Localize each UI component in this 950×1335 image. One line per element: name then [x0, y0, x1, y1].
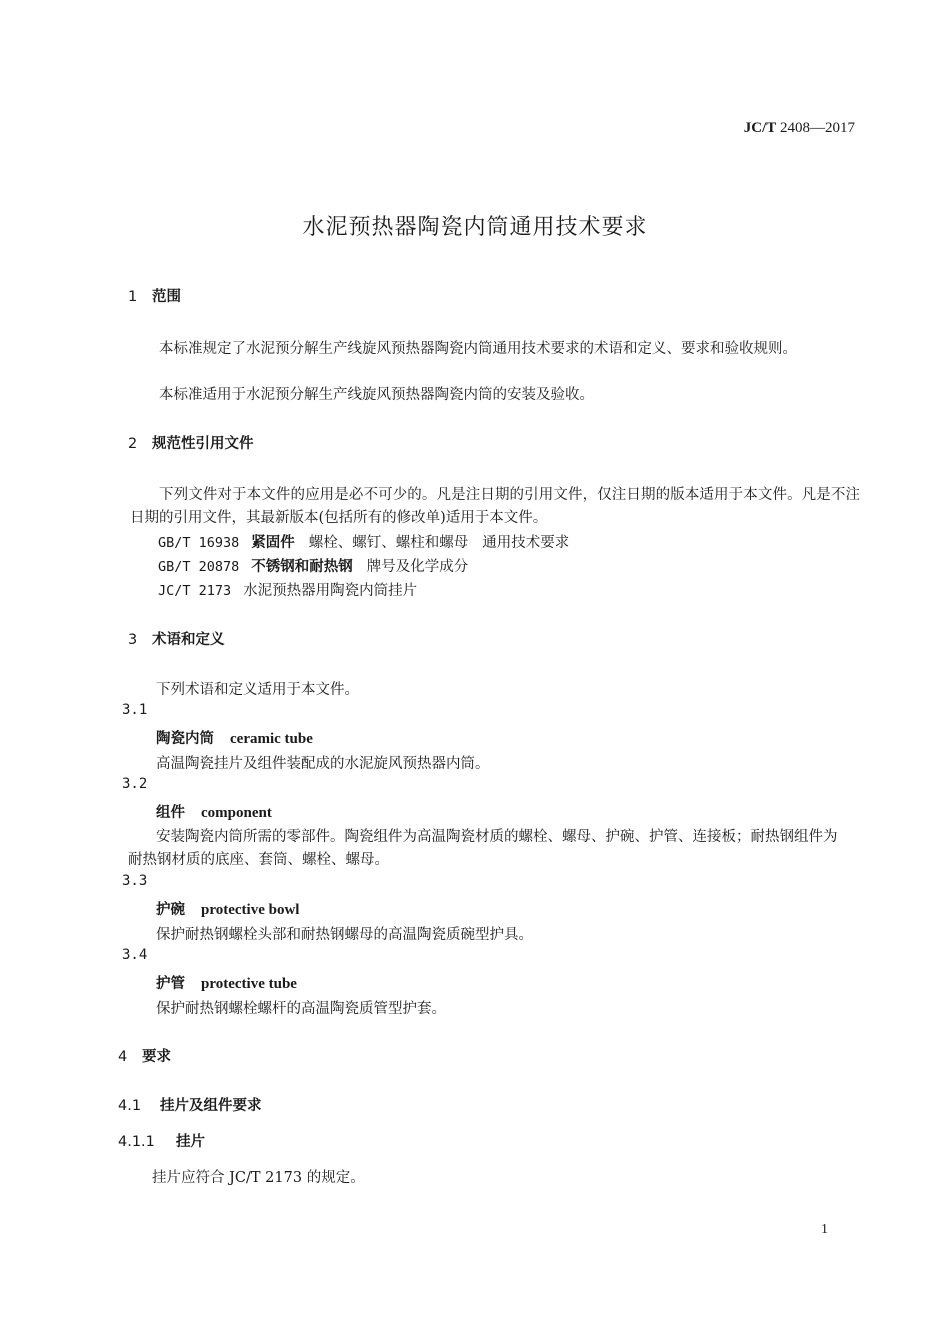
document-title: 水泥预热器陶瓷内筒通用技术要求 [0, 210, 950, 241]
reference-item: GB/T 20878不锈钢和耐热钢牌号及化学成分 [158, 555, 482, 576]
term-en: protective tube [201, 976, 297, 992]
references-intro: 下列文件对于本文件的应用是必不可少的。凡是注日期的引用文件，仅注日期的版本适用于… [130, 484, 860, 530]
section-title: 术语和定义 [152, 632, 225, 648]
term-entry: 组件component [156, 801, 272, 822]
clause-number: 3.2 [122, 776, 147, 792]
clause-number: 3.4 [122, 947, 147, 963]
reference-title: 不锈钢和耐热钢 [251, 558, 353, 575]
page-number: 1 [821, 1222, 828, 1238]
requirement-text: 挂片应符合 JC/T 2173 的规定。 [152, 1166, 365, 1187]
term-definition: 安装陶瓷内筒所需的零部件。陶瓷组件为高温陶瓷材质的螺栓、螺母、护碗、护管、连接板… [128, 826, 848, 872]
term-en: ceramic tube [230, 731, 313, 747]
reference-title: 螺栓、螺钉、螺柱和螺母 [309, 535, 469, 551]
section-number: 4.1.1 [118, 1134, 176, 1150]
section-number: 1 [128, 289, 152, 305]
section-number: 4 [118, 1049, 142, 1065]
term-zh: 护管 [156, 975, 185, 992]
reference-code: GB/T 20878 [158, 559, 239, 575]
term-zh: 护碗 [156, 901, 185, 918]
reference-item: GB/T 16938紧固件螺栓、螺钉、螺柱和螺母通用技术要求 [158, 531, 569, 552]
reference-title: 紧固件 [251, 534, 295, 551]
section-4-heading: 4要求 [118, 1045, 171, 1066]
term-definition: 保护耐热钢螺栓螺杆的高温陶瓷质管型护套。 [156, 997, 446, 1018]
section-number: 4.1 [118, 1098, 160, 1114]
term-en: protective bowl [201, 902, 299, 918]
term-definition: 保护耐热钢螺栓头部和耐热钢螺母的高温陶瓷质碗型护具。 [156, 923, 533, 944]
subsection-4-1-heading: 4.1挂片及组件要求 [118, 1094, 262, 1115]
term-zh: 陶瓷内筒 [156, 730, 214, 747]
section-3-heading: 3术语和定义 [128, 628, 225, 649]
standard-number: 2408—2017 [780, 120, 855, 136]
reference-title: 通用技术要求 [482, 535, 569, 551]
reference-title: 牌号及化学成分 [367, 559, 469, 575]
section-title: 挂片 [176, 1134, 205, 1150]
section-1-heading: 1范围 [128, 285, 181, 306]
section-number: 3 [128, 632, 152, 648]
clause-number: 3.1 [122, 702, 147, 718]
scope-paragraph-1: 本标准规定了水泥预分解生产线旋风预热器陶瓷内筒通用技术要求的术语和定义、要求和验… [130, 338, 860, 361]
section-title: 挂片及组件要求 [160, 1098, 262, 1114]
clause-number: 3.3 [122, 873, 147, 889]
section-2-heading: 2规范性引用文件 [128, 432, 254, 453]
section-title: 规范性引用文件 [152, 436, 254, 452]
reference-title: 水泥预热器用陶瓷内筒挂片 [243, 583, 417, 599]
reference-code: JC/T 2173 [158, 583, 231, 599]
term-zh: 组件 [156, 804, 185, 821]
term-entry: 护管protective tube [156, 972, 297, 993]
section-number: 2 [128, 436, 152, 452]
term-en: component [201, 805, 272, 821]
term-entry: 护碗protective bowl [156, 898, 299, 919]
term-entry: 陶瓷内筒ceramic tube [156, 727, 313, 748]
scope-paragraph-2: 本标准适用于水泥预分解生产线旋风预热器陶瓷内筒的安装及验收。 [130, 384, 860, 407]
section-title: 范围 [152, 289, 181, 305]
term-definition: 高温陶瓷挂片及组件装配成的水泥旋风预热器内筒。 [156, 752, 490, 773]
terms-intro: 下列术语和定义适用于本文件。 [156, 678, 359, 699]
reference-code: GB/T 16938 [158, 535, 239, 551]
section-title: 要求 [142, 1049, 171, 1065]
subsection-4-1-1-heading: 4.1.1挂片 [118, 1130, 205, 1151]
reference-item: JC/T 2173水泥预热器用陶瓷内筒挂片 [158, 579, 417, 600]
standard-code: JC/T 2408—2017 [744, 120, 855, 137]
standard-prefix: JC/T [744, 120, 777, 136]
